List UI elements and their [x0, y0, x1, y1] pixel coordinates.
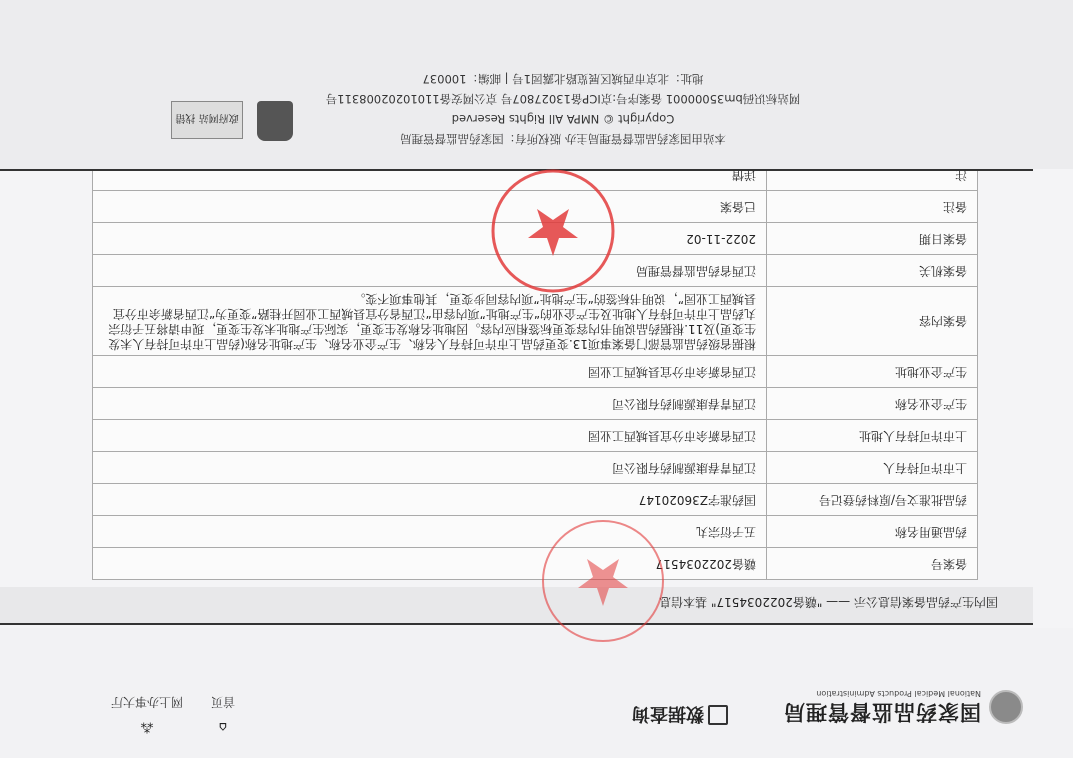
row-value: 江西省新余市分宜县城西工业园: [93, 356, 767, 388]
table-row: 备案日期2022-11-02: [93, 223, 978, 255]
row-label: 备案号: [767, 548, 978, 580]
people-icon: ⁂: [141, 719, 154, 734]
footer-icp[interactable]: 网站标识码bm35000001 备案序号:京ICP备13027807号 京公网安…: [313, 89, 813, 109]
footer-sponsor: 本站由国家药品监督管理局主办 版权所有：国家药品监督管理局: [313, 129, 813, 149]
table-row: 备案机关江西省药品监督管理局: [93, 255, 978, 287]
search-icon: [708, 705, 728, 725]
row-value: 江西青春康源制药有限公司: [93, 452, 767, 484]
site-logo[interactable]: 国家药品监督管理局 National Medical Products Admi…: [783, 687, 1023, 728]
row-value: 江西省药品监督管理局: [93, 255, 767, 287]
row-label: 生产企业地址: [767, 356, 978, 388]
table-row: 备案内容根据省级药品监管部门备案事项13.变更药品上市许可持有人名称、生产企业名…: [93, 287, 978, 356]
row-value: 2022-11-02: [93, 223, 767, 255]
national-emblem-icon: [989, 691, 1023, 725]
nav-hall-label: 网上办事大厅: [111, 694, 183, 711]
find-error-label: 政府网站 找错: [175, 113, 238, 128]
row-value: 江西青春康源制药有限公司: [93, 388, 767, 420]
logo-subtitle: National Medical Products Administration: [783, 689, 981, 698]
logo-title: 国家药品监督管理局: [783, 698, 981, 728]
row-value: 赣备2022034517: [93, 548, 767, 580]
row-label: 备注: [767, 191, 978, 223]
site-footer: 本站由国家药品监督管理局主办 版权所有：国家药品监督管理局 Copyright …: [0, 0, 1073, 169]
table-row: 药品批准文号/原料药登记号国药准字Z36020147: [93, 484, 978, 516]
divider: [0, 169, 1033, 171]
scanned-page: 国家药品监督管理局 National Medical Products Admi…: [0, 0, 1073, 758]
breadcrumb: 国内生产药品备案信息公示 —— "赣备2022034517" 基本信息: [659, 594, 998, 611]
table-row: 备案号赣备2022034517: [93, 548, 978, 580]
nav-home[interactable]: ⌂ 首页: [211, 694, 235, 734]
row-label: 备案机关: [767, 255, 978, 287]
nav-home-label: 首页: [211, 694, 235, 711]
data-query-label: 数据查询: [632, 702, 704, 728]
row-value: 五子衍宗丸: [93, 516, 767, 548]
nav-online-hall[interactable]: ⁂ 网上办事大厅: [111, 694, 183, 734]
row-label: 备案内容: [767, 287, 978, 356]
row-label: 药品通用名称: [767, 516, 978, 548]
table-row: 上市许可持有人地址江西省新余市分宜县城西工业园: [93, 420, 978, 452]
row-label: 上市许可持有人地址: [767, 420, 978, 452]
site-header: 国家药品监督管理局 National Medical Products Admi…: [0, 628, 1073, 758]
home-icon: ⌂: [219, 719, 227, 734]
table-row: 生产企业名称江西青春康源制药有限公司: [93, 388, 978, 420]
divider: [0, 623, 1033, 625]
row-label: 备案日期: [767, 223, 978, 255]
row-value: 已备案: [93, 191, 767, 223]
table-row: 药品通用名称五子衍宗丸: [93, 516, 978, 548]
row-value: 根据省级药品监管部门备案事项13.变更药品上市许可持有人名称、生产企业名称、生产…: [93, 287, 767, 356]
data-query-link[interactable]: 数据查询: [632, 702, 728, 728]
footer-copyright: Copyright © NMPA All Rights Reserved: [313, 109, 813, 129]
row-value: 江西省新余市分宜县城西工业园: [93, 420, 767, 452]
record-table: 备案号赣备2022034517药品通用名称五子衍宗丸药品批准文号/原料药登记号国…: [92, 158, 978, 580]
party-gov-badge-icon[interactable]: [257, 101, 293, 141]
find-error-badge[interactable]: 政府网站 找错: [171, 101, 243, 139]
row-label: 上市许可持有人: [767, 452, 978, 484]
row-label: 生产企业名称: [767, 388, 978, 420]
row-label: 药品批准文号/原料药登记号: [767, 484, 978, 516]
table-row: 备注已备案: [93, 191, 978, 223]
table-row: 上市许可持有人江西青春康源制药有限公司: [93, 452, 978, 484]
row-value: 国药准字Z36020147: [93, 484, 767, 516]
table-row: 生产企业地址江西省新余市分宜县城西工业园: [93, 356, 978, 388]
footer-address: 地址：北京市西城区展览路北露园1号 | 邮编：100037: [313, 69, 813, 89]
